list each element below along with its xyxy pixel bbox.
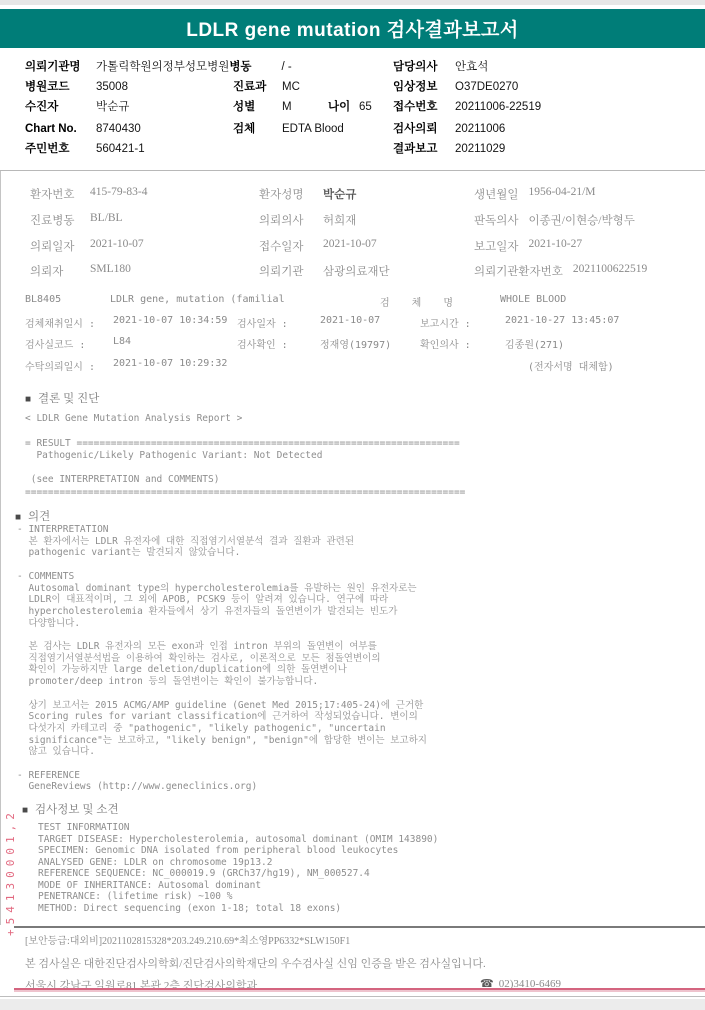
value-patient-name: 박순규 [323, 186, 474, 202]
value-referring-doctor: 허희재 [323, 212, 474, 228]
label-specimen-name: 검 체 명 [380, 294, 500, 309]
label-lab-code: 검사실코드 : [25, 336, 113, 351]
report-page: LDLR gene mutation 검사결과보고서 의뢰기관명가톨릭학원의정부… [0, 0, 705, 1010]
result-body-text: < LDLR Gene Mutation Analysis Report > =… [25, 413, 465, 499]
label-patient-name: 환자성명 [259, 186, 323, 202]
value-receipt-no: 20211006-22519 [455, 101, 541, 113]
side-vertical-code: +54130001,2 [4, 808, 17, 936]
value-reporting-date: 2021-10-27 [528, 238, 582, 254]
footer-pink-underline [14, 988, 705, 990]
label-hospital-code: 병원코드 [25, 78, 96, 94]
value-age: 65 [359, 101, 372, 113]
value-institution: 가톨릭학원의정부성모병원 [96, 58, 229, 74]
value-requester: SML180 [90, 263, 259, 279]
footer-gray-line [0, 996, 705, 997]
test-code: BL8405 [25, 294, 110, 309]
label-birth-date: 생년월일 [474, 186, 518, 202]
value-receive-date: 2021-10-07 [323, 238, 474, 254]
result-title-text: 결론 및 진단 [38, 393, 99, 405]
square-bullet-icon: ■ [15, 512, 21, 523]
value-patient-no: 415-79-83-4 [90, 186, 259, 202]
label-specimen-type: 검체 [233, 120, 282, 136]
opinion-body-text: - INTERPRETATION 본 환자에서는 LDLR 유전자에 대한 직접… [17, 524, 427, 793]
value-sex: M [282, 101, 328, 113]
section-opinion-title: ■의견 [15, 508, 50, 524]
order-row-doctor: 담당의사안효석 [393, 58, 488, 74]
label-reporting-date: 보고일자 [474, 238, 518, 254]
label-resident-no: 주민번호 [25, 140, 96, 156]
value-hospital-code: 35008 [96, 81, 233, 93]
certification-line: 본 검사실은 대한진단검사의학회/진단검사의학재단의 우수검사실 신임 인증을 … [25, 955, 486, 971]
label-report-time: 보고시간 : [420, 315, 505, 330]
label-department: 진료과 [233, 78, 282, 94]
label-referring-doctor: 의뢰의사 [259, 212, 323, 228]
label-test-date: 검사일자 : [237, 315, 320, 330]
label-confirm-doctor: 확인의사 : [420, 336, 505, 351]
label-age: 나이 [328, 98, 359, 114]
value-birth-date: 1956-04-21/M [528, 186, 595, 202]
label-ref-patient-no: 의뢰기관환자번호 [474, 263, 563, 279]
order-row-institution: 의뢰기관명가톨릭학원의정부성모병원병동/ - [25, 58, 292, 74]
label-test-confirm: 검사확인 : [237, 336, 320, 351]
value-confirm-doctor: 김종원(271) [505, 336, 695, 351]
page-title: LDLR gene mutation 검사결과보고서 [186, 15, 519, 42]
testinfo-title-text: 검사정보 및 소견 [35, 804, 119, 816]
label-order-date: 의뢰일자 [30, 238, 90, 254]
footer-top-border [14, 926, 705, 928]
label-report-date: 결과보고 [393, 140, 455, 156]
value-request-date: 20211006 [455, 123, 505, 135]
report-title-banner: LDLR gene mutation 검사결과보고서 [0, 9, 705, 48]
value-collect-datetime: 2021-10-07 10:34:59 [113, 315, 237, 330]
value-specimen-type: EDTA Blood [282, 123, 344, 135]
label-patient-no: 환자번호 [30, 186, 90, 202]
value-test-date: 2021-10-07 [320, 315, 420, 330]
test-row-entrust: 수탁의뢰일시 :2021-10-07 10:29:32(전자서명 대체함) [25, 358, 695, 373]
value-report-time: 2021-10-27 13:45:07 [505, 315, 695, 330]
testinfo-body-text: TEST INFORMATION TARGET DISEASE: Hyperch… [38, 822, 438, 914]
test-row-labcode: 검사실코드 :L84검사확인 :정재영(19797)확인의사 :김종원(271) [25, 336, 695, 351]
value-ref-institution: 삼광의료재단 [323, 263, 474, 279]
test-title-row: BL8405LDLR gene, mutation (familial검 체 명… [25, 294, 695, 309]
label-attending-doctor: 담당의사 [393, 58, 455, 74]
label-receipt-no: 접수번호 [393, 98, 455, 114]
e-signature-note: (전자서명 대체함) [528, 358, 695, 373]
value-specimen-name: WHOLE BLOOD [500, 294, 695, 309]
patient-row-2: 진료병동BL/BL의뢰의사허희재판독의사이종권/이현승/박형두 [30, 212, 690, 228]
label-request-date: 검사의뢰 [393, 120, 455, 136]
label-collect-datetime: 검체채취일시 : [25, 315, 113, 330]
opinion-title-text: 의견 [28, 511, 50, 523]
square-bullet-icon: ■ [25, 394, 31, 405]
label-entrust-datetime: 수탁의뢰일시 : [25, 358, 113, 373]
label-care-ward: 진료병동 [30, 212, 90, 228]
value-ward: / - [282, 61, 292, 73]
label-ref-institution: 의뢰기관 [259, 263, 323, 279]
value-report-date: 20211029 [455, 143, 505, 155]
value-resident-no: 560421-1 [96, 143, 233, 155]
order-row-receipt-no: 접수번호20211006-22519 [393, 98, 541, 114]
label-ward: 병동 [229, 58, 251, 74]
top-scan-strip [0, 0, 705, 5]
order-row-request-date: 검사의뢰20211006 [393, 120, 505, 136]
value-chart-no: 8740430 [96, 123, 233, 135]
square-bullet-icon: ■ [22, 805, 28, 816]
label-receive-date: 접수일자 [259, 238, 323, 254]
test-row-collect: 검체채취일시 :2021-10-07 10:34:59검사일자 :2021-10… [25, 315, 695, 330]
section-testinfo-title: ■검사정보 및 소견 [22, 801, 119, 817]
section-divider-line [0, 170, 705, 171]
label-chart-no: Chart No. [25, 123, 96, 135]
value-lab-code: L84 [113, 336, 237, 351]
label-institution: 의뢰기관명 [25, 58, 96, 74]
label-requester: 의뢰자 [30, 263, 90, 279]
order-row-report-date: 결과보고20211029 [393, 140, 505, 156]
label-clinical-info: 임상정보 [393, 78, 455, 94]
lab-address: 서울시 강남구 일원로81 본관 2층 진단검사의학과 [25, 977, 257, 993]
value-clinical-info: O37DE0270 [455, 81, 518, 93]
patient-row-3: 의뢰일자2021-10-07접수일자2021-10-07보고일자2021-10-… [30, 238, 690, 254]
label-reading-doctor: 판독의사 [474, 212, 518, 228]
value-ref-patient-no: 2021100622519 [573, 263, 653, 279]
value-attending-doctor: 안효석 [455, 58, 488, 74]
order-row-resident-no: 주민번호560421-1 [25, 140, 233, 156]
patient-row-4: 의뢰자SML180의뢰기관삼광의료재단의뢰기관환자번호2021100622519 [30, 263, 690, 279]
test-name: LDLR gene, mutation (familial [110, 294, 380, 309]
order-row-chart-no: Chart No.8740430검체EDTA Blood [25, 120, 344, 136]
value-examinee: 박순규 [96, 98, 233, 114]
order-row-examinee: 수진자박순규성별M나이65 [25, 98, 372, 114]
security-classification-line: [보안등급:대외비]2021102815328*203.249.210.69*최… [25, 932, 350, 947]
value-order-date: 2021-10-07 [90, 238, 259, 254]
patient-row-1: 환자번호415-79-83-4환자성명박순규생년월일1956-04-21/M [30, 186, 690, 202]
label-sex: 성별 [233, 98, 282, 114]
order-row-clinical-info: 임상정보O37DE0270 [393, 78, 518, 94]
section-result-title: ■결론 및 진단 [25, 390, 99, 406]
bottom-scan-strip [0, 999, 705, 1010]
label-examinee: 수진자 [25, 98, 96, 114]
value-entrust-datetime: 2021-10-07 10:29:32 [113, 358, 528, 373]
value-department: MC [282, 81, 328, 93]
order-row-hospital-code: 병원코드35008진료과MC [25, 78, 328, 94]
value-reading-doctor: 이종권/이현승/박형두 [528, 212, 634, 228]
value-test-confirm: 정재영(19797) [320, 336, 420, 351]
value-care-ward: BL/BL [90, 212, 259, 228]
scan-left-edge-line [0, 171, 1, 925]
